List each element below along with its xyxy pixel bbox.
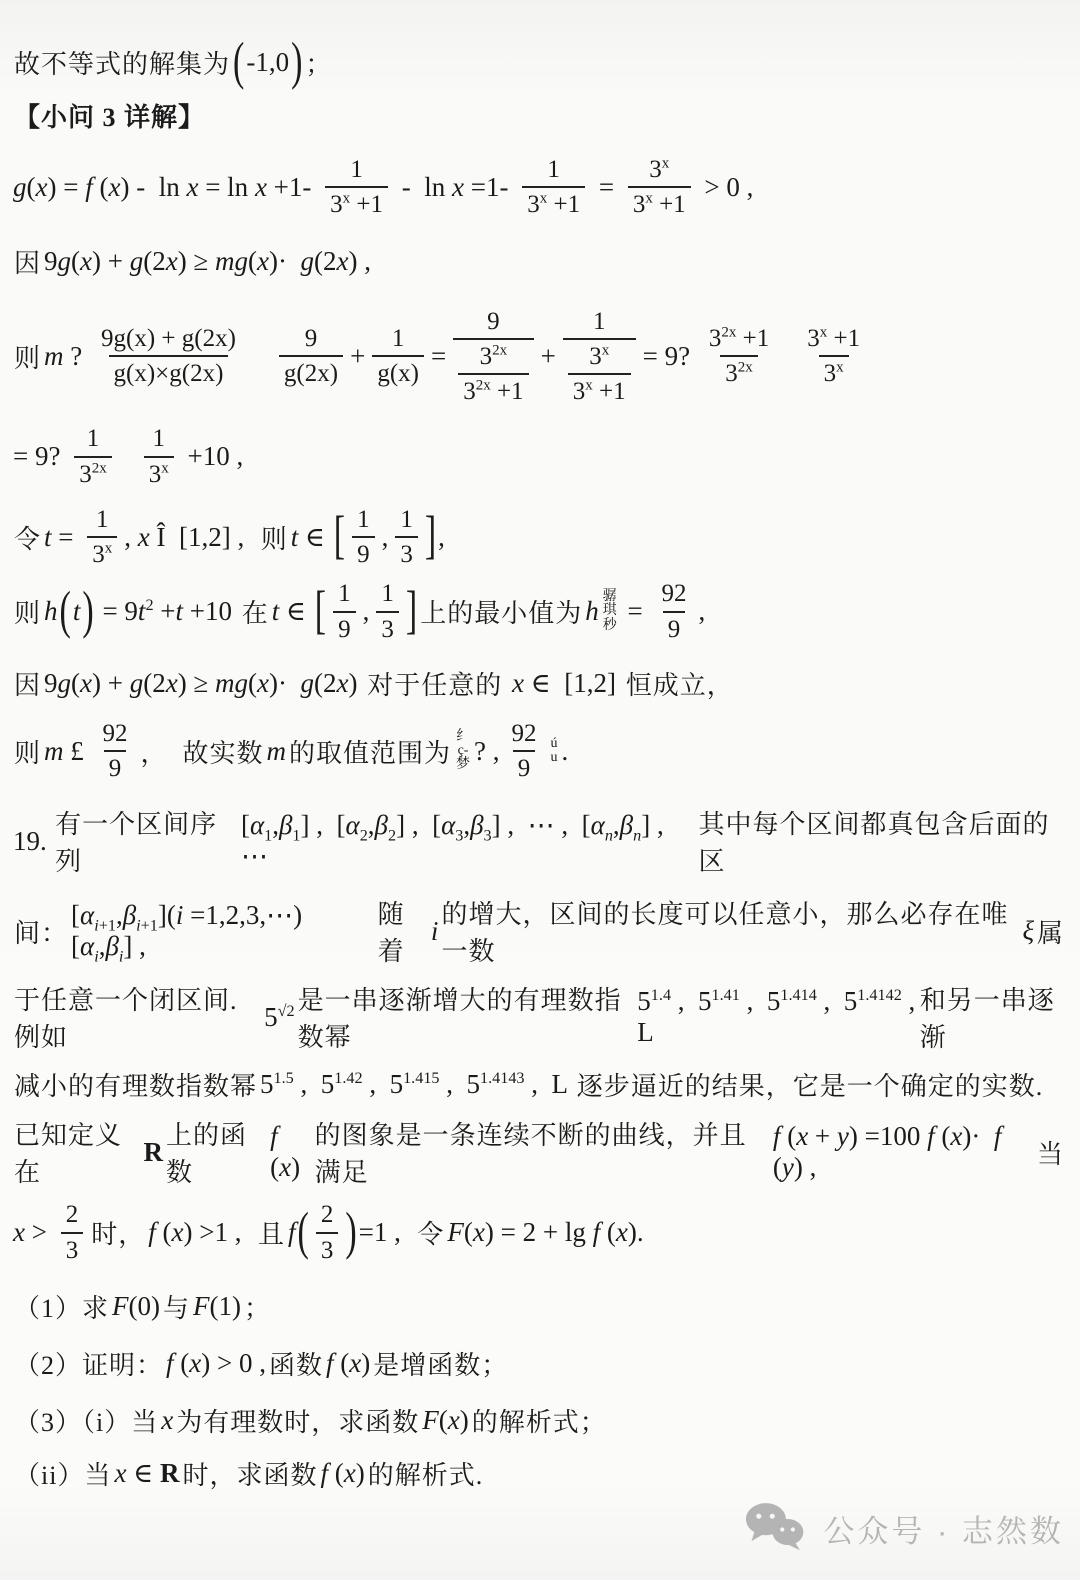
cn-text: ； [305,44,332,81]
increasing-powers-line: 于任意一个闭区间.例如5√2是一串逐渐增大的有理数指数幂51.4 , 51.41… [12,980,1066,1054]
function-conditions-line: x > 23时，f (x) >1 , 且f(23)=1 , 令F(x) = 2 … [12,1199,1066,1266]
document-lines: 故不等式的解集为(-1,0)；【小问 3 详解】g(x) = f (x) - l… [0,0,1080,1492]
cn-text: 随着 [378,894,428,968]
math-text: ξ [1022,916,1034,947]
math-text: , [382,522,389,553]
big-delimiter: ( [233,36,244,89]
fraction: 13x +1 [325,154,388,221]
cn-text: 已知定义在 [14,1115,140,1189]
math-text: = [621,596,650,627]
math-text: x ∈ [1,2] [505,668,622,699]
fraction: 3x3x +1 [568,341,631,408]
cn-text: ， 故实数 [141,733,264,770]
cn-text: 函数 [269,1345,323,1382]
question-part-3i-line: （3）（i）当x为有理数时，求函数F(x)的解析式； [12,1402,1066,1439]
cn-text: 时， [91,1214,145,1251]
cn-text: 令 [417,1214,444,1251]
math-text: x ∈ R [114,1458,179,1489]
cn-text: 减小的有理数指数幂 [14,1066,257,1103]
math-text: F(x) = 2 + lg f (x). [447,1217,643,1248]
fraction: 19 [333,578,356,645]
math-text: t [73,596,81,627]
garbled-glyph-stack: 骣琪秒 [603,590,617,633]
cn-text: 则 [14,733,41,770]
math-text: , [698,596,705,627]
fraction: 3x3x +1 [628,154,691,221]
math-text: x > [13,1217,54,1248]
fraction: 13x [144,423,174,490]
cn-text: 且 [258,1214,285,1251]
wechat-icon [743,1501,807,1556]
cn-text: 于任意一个闭区间.例如 [14,980,261,1054]
big-delimiter: [ [334,511,345,564]
solution-set-line: 故不等式的解集为(-1,0)； [12,44,1066,81]
big-delimiter: ) [82,585,93,638]
math-text: f (x) [320,1458,364,1489]
cn-text: 则 [14,338,41,375]
math-text: = 9? [643,341,697,372]
watermark: 公众号 · 志然数 [743,1501,1064,1556]
math-text: - ln x =1- [395,172,515,203]
cn-text: （ii）当 [14,1455,111,1492]
math-text: x [161,1405,173,1436]
math-text: f (x) [270,1121,311,1183]
watermark-label: 公众号 · 志然数 [823,1506,1064,1551]
big-delimiter: ] [425,511,436,564]
math-text: f (x + y) =100 f (x)· f (y) , [773,1121,1034,1183]
math-text: m £ [44,736,91,767]
math-text: F(1) [193,1291,241,1322]
fraction: 19 [352,504,375,571]
math-text: +10 , [181,441,243,472]
fraction: 13 [376,578,399,645]
math-text: ? , [474,736,499,767]
fraction: 929 [507,718,542,785]
cn-text: 为有理数时，求函数 [176,1402,419,1439]
math-text: > 0 , [698,172,754,203]
garbled-glyph-stack: 纟ç-梦 [456,730,470,773]
garbled-glyph-stack: úu [551,737,558,766]
fraction: 9g(2x) [279,323,343,390]
cn-text: 【小问 3 详解】 [14,97,205,134]
math-text: t ∈ [291,522,332,553]
math-text: 9g(x) + g(2x) ≥ mg(x)· g(2x) , [44,246,371,277]
cn-text: 令 [14,519,41,556]
fraction: 32x32x +1 [458,341,528,408]
cn-text: 的取值范围为 [289,733,451,770]
math-text: f (x) [326,1348,370,1379]
math-text: h [585,596,599,627]
fraction: 3x +13x [802,323,865,390]
cn-text: 的增大，区间的长度可以任意小，那么必存在唯一数 [441,894,1019,968]
big-delimiter: ) [291,36,302,89]
fraction: 13x [87,504,117,571]
math-text: . [562,736,569,767]
math-text: = 9t2 +t +10 [96,596,239,627]
math-text: 51.5 , 51.42 , 51.415 , 51.4143 , L [260,1069,574,1100]
big-delimiter: [ [315,585,326,638]
fraction: 132x [74,423,112,490]
cn-text: 逐步逼近的结果，它是一个确定的实数. [577,1066,1044,1103]
cn-text: 的图象是一条连续不断的曲线，并且满足 [315,1115,770,1189]
cn-text: 当 [1037,1134,1064,1171]
cn-text: 因 [14,243,41,280]
math-text: F(x) [422,1405,468,1436]
math-text: f (x) >1 , [148,1217,255,1248]
cn-text: 是一串逐渐增大的有理数指数幂 [298,980,635,1054]
math-text: -1,0 [246,47,289,78]
math-text: 19. [13,826,52,857]
math-text: [α1,β1] , [α2,β2] , [α3,β3] , ⋯ , [αn,βn… [241,810,696,872]
big-delimiter: ( [297,1206,308,1259]
fraction: 1g(x) [372,323,424,390]
fraction: 13x3x +1 [563,306,636,408]
cn-text: 在 [242,593,269,630]
big-delimiter: ) [345,1206,356,1259]
cn-text: 属 [1037,913,1064,950]
cn-text: ； [244,1288,271,1325]
cn-text: 故不等式的解集为 [14,44,230,81]
function-f-definition-line: 已知定义在R上的函数f (x)的图象是一条连续不断的曲线，并且满足f (x + … [12,1115,1066,1189]
fraction: 13x +1 [522,154,585,221]
math-text: 5√2 [264,1002,294,1033]
question-part-3ii-line: （ii）当x ∈ R时，求函数f (x)的解析式. [12,1455,1066,1492]
cn-text: 是增函数； [373,1345,508,1382]
math-text: , x Î [1,2] , [124,522,257,553]
math-text: =1 , [359,1217,415,1248]
cn-text: 恒成立， [626,665,734,702]
math-text: 9g(x) + g(2x) ≥ mg(x)· g(2x) [44,668,364,699]
fraction: 13 [395,504,418,571]
math-text: R [143,1137,163,1168]
subquestion-3-header: 【小问 3 详解】 [12,97,1066,134]
cn-text: 则 [14,593,41,630]
cn-text: 上的函数 [166,1115,267,1189]
holds-for-all-x-line: 因9g(x) + g(2x) ≥ mg(x)· g(2x) 对于任意的 x ∈ … [12,665,1066,702]
question-part-1-line: （1）求F(0)与F(1)； [12,1288,1066,1325]
cn-text: 的解析式. [368,1455,484,1492]
math-text: = [431,341,446,372]
cn-text: 间： [14,913,68,950]
interval-nesting-line: 间：[αi+1,βi+1](i =1,2,3,⋯) [αi,βi] ,随着i的增… [12,894,1066,968]
fraction: 929 [98,718,133,785]
substitution-t-line: 令t = 13x, x Î [1,2] , 则t ∈ [19,13], [12,504,1066,571]
math-text: = 9? [13,441,67,472]
cn-text: 则 [261,519,288,556]
math-text: , [363,596,370,627]
math-text: f (x) > 0 , [166,1348,266,1379]
math-text: + [541,341,556,372]
cn-text: 其中每个区间都真包含后面的区 [698,804,1064,878]
cn-text: 时，求函数 [182,1455,317,1492]
problem-19-intro-line: 19. 有一个区间序列[α1,β1] , [α2,β2] , [α3,β3] ,… [12,804,1066,878]
m-bound-derivation-line: 则m ? 9g(x) + g(2x)g(x)×g(2x)9g(2x)+1g(x)… [12,306,1066,408]
math-text: + [350,341,365,372]
math-text: i [431,916,439,947]
cn-text: （3）（i）当 [14,1402,158,1439]
cn-text: （1）求 [14,1288,109,1325]
cn-text: 对于任意的 [367,665,502,702]
m-range-conclusion-line: 则m £ 929， 故实数m的取值范围为纟ç-梦? ,929úu. [12,718,1066,785]
cn-text: （2）证明： [14,1345,163,1382]
cn-text: 因 [14,665,41,702]
cn-text: 与 [163,1288,190,1325]
math-text: m [267,736,287,767]
decreasing-powers-line: 减小的有理数指数幂51.5 , 51.42 , 51.415 , 51.4143… [12,1066,1066,1103]
document-page: 故不等式的解集为(-1,0)；【小问 3 详解】g(x) = f (x) - l… [0,0,1080,1580]
math-text: 51.4 , 51.41 , 51.414 , 51.4142 , L [637,986,916,1048]
fraction: 23 [316,1199,339,1266]
cn-text: 上的最小值为 [420,593,582,630]
math-text: F(0) [112,1291,160,1322]
big-delimiter: ( [60,585,71,638]
fraction: 32x +132x [704,323,774,390]
math-text: , [438,522,445,553]
gx-definition-line: g(x) = f (x) - ln x = ln x +1- 13x +1 - … [12,154,1066,221]
fraction: 9g(x) + g(2x)g(x)×g(2x) [96,323,241,390]
fraction: 23 [61,1199,84,1266]
cn-text: 和另一串逐渐 [920,980,1064,1054]
fraction: 929 [656,578,691,645]
math-text: t = [44,522,80,553]
ht-minimum-line: 则h(t) = 9t2 +t +10 在t ∈ [19,13]上的最小值为h骣琪… [12,578,1066,645]
inequality-condition-line: 因9g(x) + g(2x) ≥ mg(x)· g(2x) , [12,243,1066,280]
cn-text: 有一个区间序列 [55,804,238,878]
math-text: t ∈ [272,596,313,627]
big-delimiter: ] [406,585,417,638]
question-part-2-line: （2）证明：f (x) > 0 ,函数f (x)是增函数； [12,1345,1066,1382]
fraction: 932x32x +1 [453,306,533,408]
cn-text: 的解析式； [472,1402,607,1439]
math-text: m ? [44,341,89,372]
math-text: = [592,172,621,203]
math-text: h [44,596,58,627]
math-text: g(x) = f (x) - ln x = ln x +1- [13,172,318,203]
math-text: f [288,1217,296,1248]
math-text: [αi+1,βi+1](i =1,2,3,⋯) [αi,βi] , [71,900,375,962]
simplified-expression-line: = 9? 132x13x +10 , [12,423,1066,490]
